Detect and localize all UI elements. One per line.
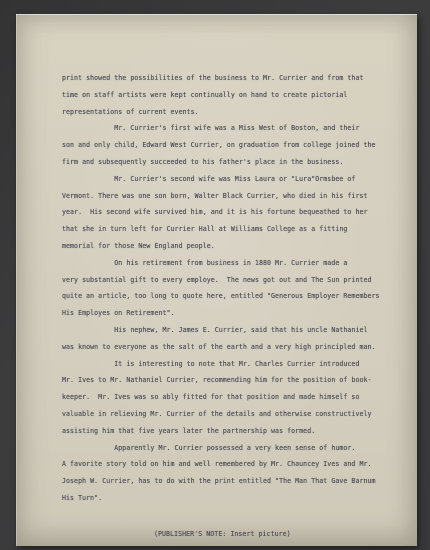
document-line: year. His second wife survived him, and … — [62, 204, 380, 221]
document-line: Mr. Currier's second wife was Miss Laura… — [62, 171, 380, 188]
document-line: Apparently Mr. Currier possessed a very … — [62, 440, 380, 457]
document-line: quite an article, too long to quote here… — [62, 288, 380, 305]
document-line: A favorite story told on him and well re… — [62, 456, 380, 473]
document-line: Vermont. There was one son born, Walter … — [62, 188, 380, 205]
document-page: print showed the possibilities of the bu… — [16, 14, 417, 546]
document-line: firm and subsequently succeeded to his f… — [62, 154, 380, 171]
document-line: that she in turn left for Currier Hall a… — [62, 221, 380, 238]
document-line: representations of current events. — [62, 104, 380, 121]
document-line: memorial for those New England people. — [62, 238, 380, 255]
document-line: was known to everyone as the salt of the… — [62, 339, 380, 356]
document-line: keeper. Mr. Ives was so ably fitted for … — [62, 389, 380, 406]
document-line: print showed the possibilities of the bu… — [62, 70, 380, 87]
document-line: valuable in relieving Mr. Currier of the… — [62, 406, 380, 423]
document-line: It is interesting to note that Mr. Charl… — [62, 356, 380, 373]
typed-text-block: print showed the possibilities of the bu… — [62, 70, 380, 543]
document-line: assisting him that five years later the … — [62, 423, 380, 440]
document-line: son and only child, Edward West Currier,… — [62, 137, 380, 154]
document-line: time on staff artists were kept continua… — [62, 87, 380, 104]
publishers-note: (PUBLISHER'S NOTE: Insert picture) — [154, 526, 380, 543]
document-line: very substantial gift to every employe. … — [62, 272, 380, 289]
document-line: Mr. Ives to Mr. Nathaniel Currier, recom… — [62, 372, 380, 389]
document-line: His Employes on Retirement". — [62, 305, 380, 322]
document-line: On his retirement from business in 1880 … — [62, 255, 380, 272]
document-line: Mr. Currier's first wife was a Miss West… — [62, 120, 380, 137]
document-line: His Turn". — [62, 490, 380, 507]
document-line: His nephew, Mr. James E. Currier, said t… — [62, 322, 380, 339]
document-line: Joseph W. Currier, has to do with the pr… — [62, 473, 380, 490]
